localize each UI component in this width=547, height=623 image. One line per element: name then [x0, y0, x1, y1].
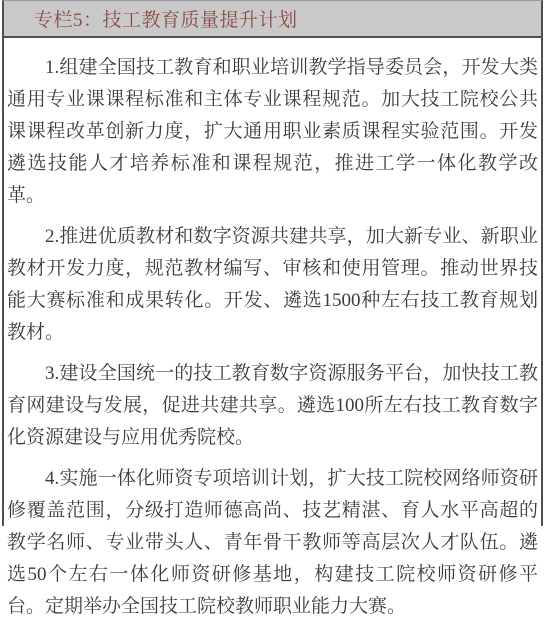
- paragraph: 1.组建全国技工教育和职业培训教学指导委员会，开发大类通用专业课课程标准和主体专…: [7, 52, 538, 212]
- column-header: 专栏5：技工教育质量提升计划: [4, 1, 541, 38]
- paragraph: 4.实施一体化师资专项培训计划，扩大技工院校网络师资研修覆盖范围，分级打造师德高…: [7, 463, 538, 526]
- paragraph: 3.建设全国统一的技工教育数字资源服务平台，加快技工教育网建设与发展，促进共建共…: [7, 358, 538, 454]
- column-box: 专栏5：技工教育质量提升计划 1.组建全国技工教育和职业培训教学指导委员会，开发…: [2, 0, 543, 526]
- column-title: 专栏5：技工教育质量提升计划: [34, 5, 298, 32]
- column-body: 1.组建全国技工教育和职业培训教学指导委员会，开发大类通用专业课课程标准和主体专…: [4, 38, 541, 526]
- paragraph: 2.推进优质教材和数字资源共建共享，加大新专业、新职业教材开发力度，规范教材编写…: [7, 221, 538, 349]
